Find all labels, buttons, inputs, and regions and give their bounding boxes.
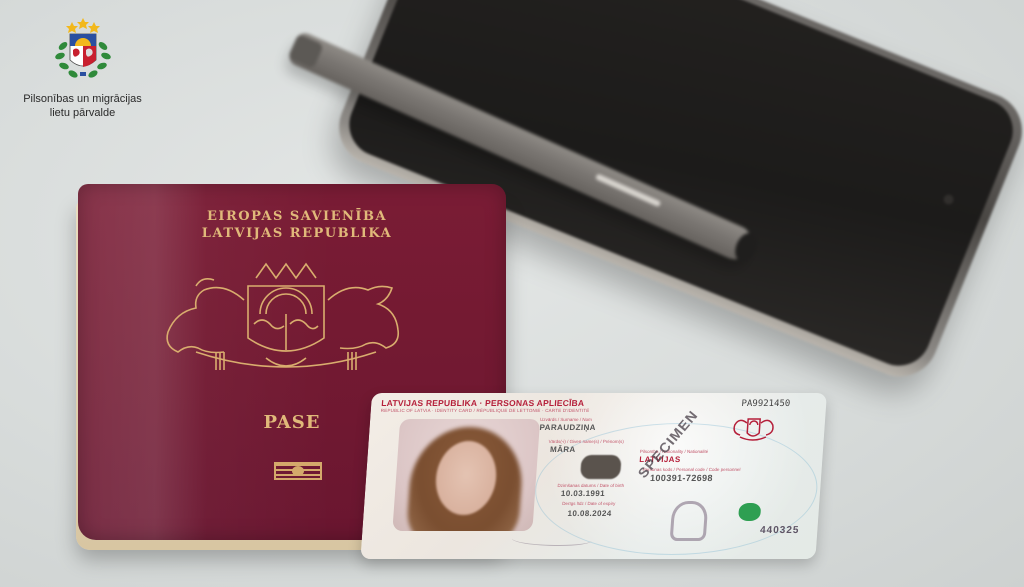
expiry-value: 10.08.2024: [567, 509, 612, 518]
passport-title: EIROPAS SAVIENĪBA LATVIJAS REPUBLIKA: [78, 208, 506, 242]
id-card-subheader: REPUBLIC OF LATVIA · IDENTITY CARD / RÉP…: [381, 408, 590, 413]
id-card: LATVIJAS REPUBLIKA · PERSONAS APLIECĪBA …: [360, 393, 827, 559]
birth-date-label: Dzimšanas datums / Date of birth: [557, 483, 624, 488]
holder-photo: [392, 419, 540, 531]
card-access-number: 440325: [760, 525, 800, 536]
personal-code-value: 100391-72698: [650, 473, 714, 483]
signature: [511, 533, 592, 546]
latvia-emblem-icon: [732, 413, 776, 441]
passport-title-line2: LATVIJAS REPUBLIKA: [88, 225, 506, 242]
surname-value: PARAUDZIŅA: [539, 423, 596, 432]
ghost-image: [670, 501, 709, 541]
logo-text: Pilsonības un migrācijas lietu pārvalde: [10, 92, 155, 120]
surname-label: Uzvārds / Surname / Nom: [540, 417, 592, 422]
pmlp-logo: Pilsonības un migrācijas lietu pārvalde: [10, 16, 155, 120]
given-name-label: Vārds(-i) / Given name(s) / Prénom(s): [548, 439, 624, 444]
birth-date-value: 10.03.1991: [561, 489, 606, 498]
passport-title-line1: EIROPAS SAVIENĪBA: [88, 208, 506, 225]
expiry-label: Derīgs līdz / Date of expiry: [562, 501, 615, 506]
document-number: PA9921450: [741, 399, 790, 409]
latvia-coat-of-arms-icon: [48, 16, 118, 86]
logo-text-line1: Pilsonības un migrācijas: [10, 92, 155, 106]
chip-icon: [580, 455, 622, 479]
logo-text-line2: lietu pārvalde: [10, 106, 155, 120]
photo-scene: EIROPAS SAVIENĪBA LATVIJAS REPUBLIKA: [0, 0, 1024, 587]
coat-of-arms-icon: [156, 260, 416, 385]
biometric-chip-icon: [274, 462, 322, 480]
given-name-value: MĀRA: [550, 445, 576, 454]
id-card-header: LATVIJAS REPUBLIKA · PERSONAS APLIECĪBA: [381, 398, 585, 408]
pen-clip: [288, 34, 324, 69]
